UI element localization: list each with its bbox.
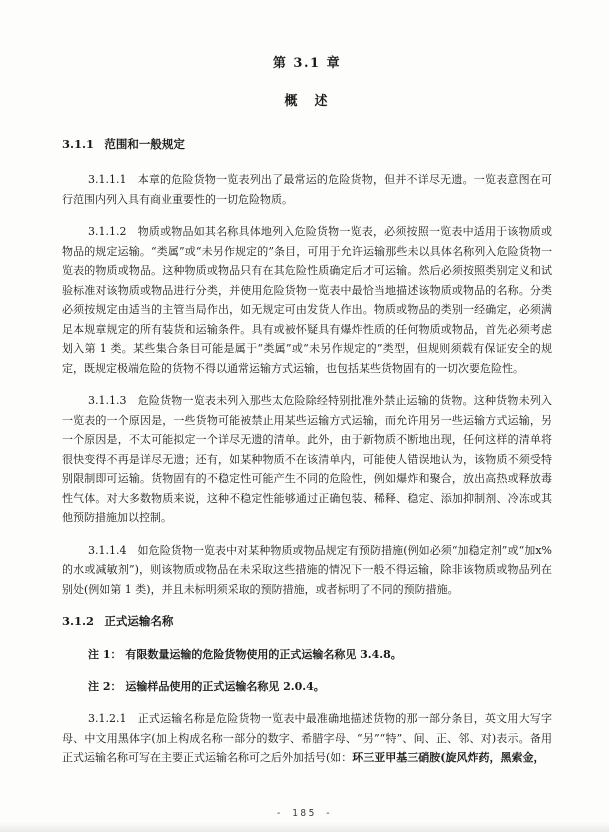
note-text: 运输样品使用的正式运输名称见 2.0.4。	[125, 680, 324, 693]
section-number: 3.1.2	[62, 614, 94, 628]
paragraph-text: 如危险货物一览表中对某种物质或物品规定有预防措施(例如必须“加稳定剂”或“加x%…	[62, 544, 552, 596]
chapter-heading: 第 3.1 章	[62, 56, 552, 71]
note-2: 注 2：运输样品使用的正式运输名称见 2.0.4。	[62, 677, 552, 697]
chapter-title: 概 述	[62, 94, 552, 109]
note-1: 注 1：有限数量运输的危险货物使用的正式运输名称见 3.4.8。	[62, 645, 552, 665]
section-heading-3-1-1: 3.1.1范围和一般规定	[62, 137, 552, 152]
paragraph-3-1-1-2: 3.1.1.2物质或物品如其名称具体地列入危险货物一览表，必须按照一览表中适用于…	[62, 222, 552, 378]
section-title: 正式运输名称	[104, 614, 173, 628]
page-scan-shadow	[0, 822, 609, 832]
page-content: 第 3.1 章 概 述 3.1.1范围和一般规定 3.1.1.1本章的危险货物一…	[0, 0, 609, 768]
paragraph-number: 3.1.2.1	[88, 712, 126, 725]
note-label: 注 1：	[88, 648, 121, 661]
section-heading-3-1-2: 3.1.2正式运输名称	[62, 614, 552, 629]
paragraph-3-1-1-3: 3.1.1.3危险货物一览表未列入那些太危险除经特别批准外禁止运输的货物。这种货…	[62, 391, 552, 528]
paragraph-3-1-1-4: 3.1.1.4如危险货物一览表中对某种物质或物品规定有预防措施(例如必须“加稳定…	[62, 541, 552, 600]
section-title: 范围和一般规定	[104, 137, 185, 151]
paragraph-number: 3.1.1.2	[88, 225, 126, 238]
note-text: 有限数量运输的危险货物使用的正式运输名称见 3.4.8。	[125, 648, 401, 661]
paragraph-3-1-2-1: 3.1.2.1正式运输名称是危险货物一览表中最准确地描述货物的那一部分条目，英文…	[62, 709, 552, 768]
paragraph-number: 3.1.1.1	[88, 173, 126, 186]
paragraph-number: 3.1.1.4	[88, 544, 126, 557]
paragraph-text: 危险货物一览表未列入那些太危险除经特别批准外禁止运输的货物。这种货物未列入一览表…	[62, 394, 552, 524]
paragraph-3-1-1-1: 3.1.1.1本章的危险货物一览表列出了最常运的危险货物，但并不详尽无遗。一览表…	[62, 170, 552, 209]
paragraph-bold-proper-shipping-name: 环三亚甲基三硝胺(旋风炸药，黑索金，	[352, 751, 544, 764]
section-number: 3.1.1	[62, 137, 94, 151]
paragraph-text: 物质或物品如其名称具体地列入危险货物一览表，必须按照一览表中适用于该物质或物品的…	[62, 225, 552, 375]
paragraph-number: 3.1.1.3	[88, 394, 126, 407]
page-number: - 185 -	[0, 808, 609, 819]
document-page: 第 3.1 章 概 述 3.1.1范围和一般规定 3.1.1.1本章的危险货物一…	[0, 0, 609, 832]
note-label: 注 2：	[88, 680, 121, 693]
paragraph-text: 本章的危险货物一览表列出了最常运的危险货物，但并不详尽无遗。一览表意图在可行范围…	[62, 173, 552, 206]
